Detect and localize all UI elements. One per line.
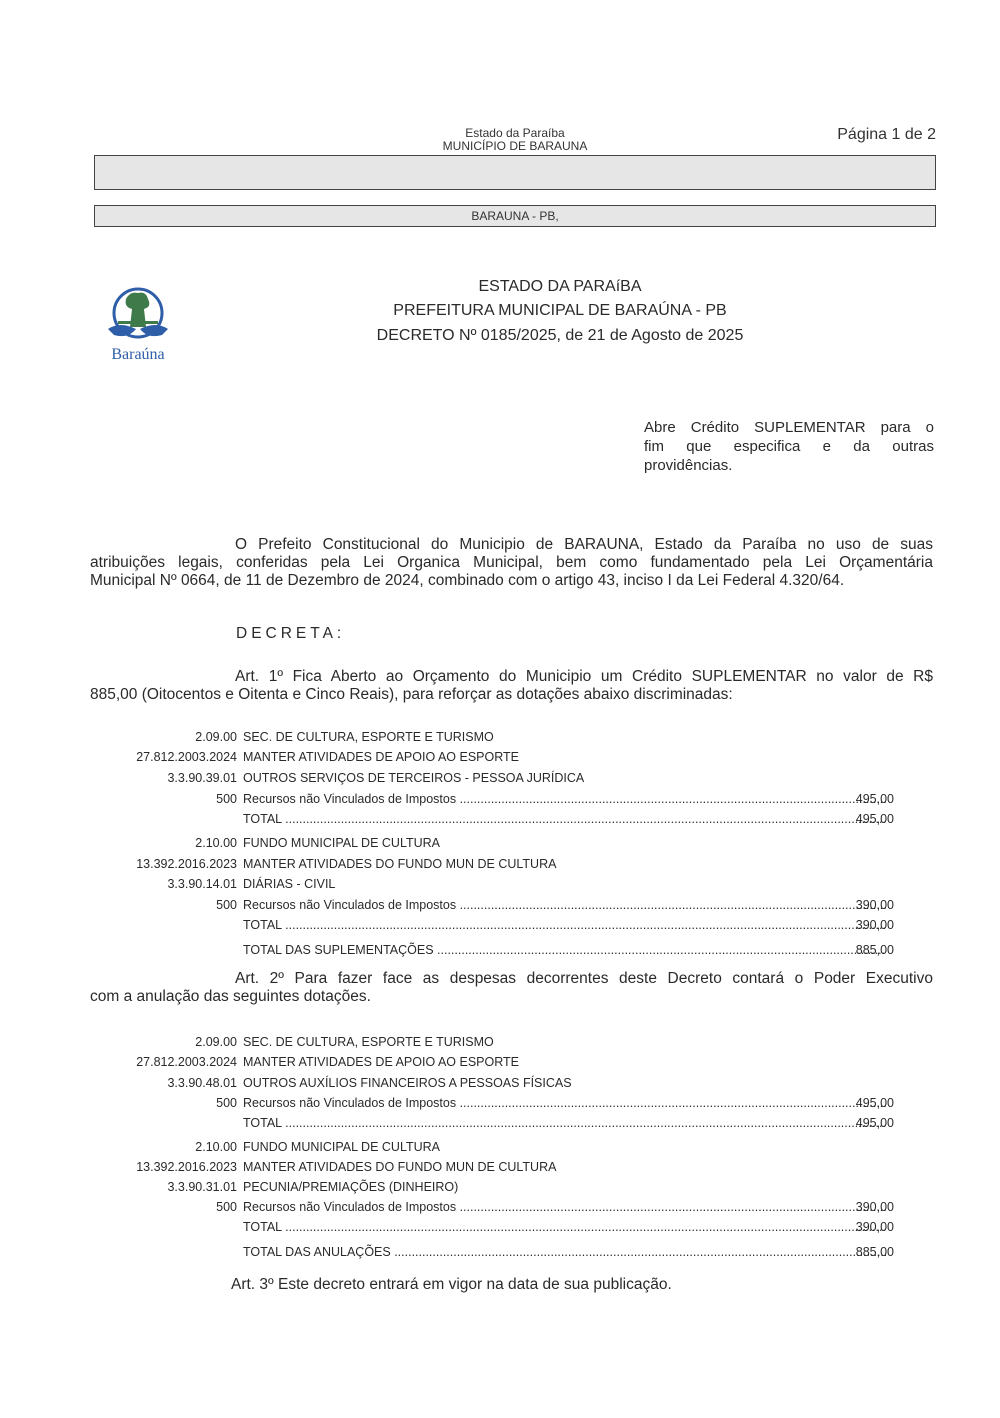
decree-ementa: Abre Crédito SUPLEMENTAR para o fim que …: [644, 418, 934, 475]
coat-of-arms-icon: Baraúna: [100, 283, 176, 365]
budget-description: OUTROS SERVIÇOS DE TERCEIROS - PESSOA JU…: [243, 769, 584, 787]
budget-row: 2.09.00SEC. DE CULTURA, ESPORTE E TURISM…: [100, 1033, 900, 1051]
budget-row: 3.3.90.39.01OUTROS SERVIÇOS DE TERCEIROS…: [100, 769, 900, 787]
budget-row: 3.3.90.14.01DIÁRIAS - CIVIL: [100, 875, 900, 893]
budget-description: MANTER ATIVIDADES DO FUNDO MUN DE CULTUR…: [243, 855, 556, 873]
budget-description: TOTAL DAS ANULAÇÕES ....................…: [243, 1243, 886, 1261]
budget-description: TOTAL ..................................…: [243, 916, 886, 934]
budget-code: 3.3.90.48.01: [100, 1074, 237, 1092]
budget-description-text: Recursos não Vinculados de Impostos: [243, 1200, 456, 1214]
budget-description: SEC. DE CULTURA, ESPORTE E TURISMO: [243, 1033, 494, 1051]
budget-code: 2.09.00: [100, 728, 237, 746]
budget-row: 27.812.2003.2024MANTER ATIVIDADES DE APO…: [100, 748, 900, 766]
budget-description-text: Recursos não Vinculados de Impostos: [243, 792, 456, 806]
budget-description-text: TOTAL DAS ANULAÇÕES: [243, 1245, 391, 1259]
budget-row: 500390,00Recursos não Vinculados de Impo…: [100, 896, 900, 914]
dot-leader: ........................................…: [456, 1200, 886, 1214]
budget-description: MANTER ATIVIDADES DO FUNDO MUN DE CULTUR…: [243, 1158, 556, 1176]
dot-leader: ........................................…: [434, 943, 886, 957]
dot-leader: ........................................…: [282, 918, 886, 932]
budget-row: 500495,00Recursos não Vinculados de Impo…: [100, 1094, 900, 1112]
budget-description: MANTER ATIVIDADES DE APOIO AO ESPORTE: [243, 748, 519, 766]
dot-leader: ........................................…: [456, 1096, 886, 1110]
article-3: Art. 3º Este decreto entrará em vigor na…: [231, 1276, 672, 1294]
budget-code: 27.812.2003.2024: [100, 1053, 237, 1071]
budget-description-text: TOTAL: [243, 1220, 282, 1234]
budget-code: 2.10.00: [100, 1138, 237, 1156]
budget-description-text: TOTAL: [243, 812, 282, 826]
budget-code: 27.812.2003.2024: [100, 748, 237, 766]
header-location-box: BARAUNA - PB,: [94, 205, 936, 227]
budget-description-text: TOTAL: [243, 1116, 282, 1130]
budget-description: SEC. DE CULTURA, ESPORTE E TURISMO: [243, 728, 494, 746]
budget-row: 2.10.00FUNDO MUNICIPAL DE CULTURA: [100, 834, 900, 852]
budget-row: 13.392.2016.2023MANTER ATIVIDADES DO FUN…: [100, 1158, 900, 1176]
header-blank-box: [94, 155, 936, 190]
budget-description: Recursos não Vinculados de Impostos ....…: [243, 896, 886, 914]
budget-code: 13.392.2016.2023: [100, 1158, 237, 1176]
budget-code: 3.3.90.39.01: [100, 769, 237, 787]
article-1: Art. 1º Fica Aberto ao Orçamento do Muni…: [90, 668, 933, 704]
budget-row: 13.392.2016.2023MANTER ATIVIDADES DO FUN…: [100, 855, 900, 873]
budget-code: 3.3.90.31.01: [100, 1178, 237, 1196]
title-state: ESTADO DA PARAíBA: [300, 278, 820, 296]
budget-row: 2.09.00SEC. DE CULTURA, ESPORTE E TURISM…: [100, 728, 900, 746]
budget-description: Recursos não Vinculados de Impostos ....…: [243, 1094, 886, 1112]
budget-code: 500: [100, 896, 237, 914]
dot-leader: ........................................…: [282, 812, 886, 826]
budget-description-text: TOTAL: [243, 918, 282, 932]
article-2: Art. 2º Para fazer face as despesas deco…: [90, 970, 933, 1006]
budget-description: TOTAL DAS SUPLEMENTAÇÕES ...............…: [243, 941, 886, 959]
decreta-heading: DECRETA:: [236, 625, 345, 643]
budget-row: 885,00TOTAL DAS ANULAÇÕES ..............…: [100, 1243, 900, 1261]
dot-leader: ........................................…: [456, 898, 886, 912]
dot-leader: ........................................…: [282, 1116, 886, 1130]
budget-row: 500495,00Recursos não Vinculados de Impo…: [100, 790, 900, 808]
budget-description: FUNDO MUNICIPAL DE CULTURA: [243, 834, 440, 852]
budget-description-text: Recursos não Vinculados de Impostos: [243, 1096, 456, 1110]
budget-row: 27.812.2003.2024MANTER ATIVIDADES DE APO…: [100, 1053, 900, 1071]
budget-row: 500390,00Recursos não Vinculados de Impo…: [100, 1198, 900, 1216]
municipal-logo: Baraúna: [100, 283, 176, 365]
budget-row: 3.3.90.31.01PECUNIA/PREMIAÇÕES (DINHEIRO…: [100, 1178, 900, 1196]
budget-code: 500: [100, 1094, 237, 1112]
budget-row: 3.3.90.48.01OUTROS AUXÍLIOS FINANCEIROS …: [100, 1074, 900, 1092]
budget-row: 390,00TOTAL ............................…: [100, 1218, 900, 1236]
budget-row: 390,00TOTAL ............................…: [100, 916, 900, 934]
budget-row: 885,00TOTAL DAS SUPLEMENTAÇÕES .........…: [100, 941, 900, 959]
budget-description: MANTER ATIVIDADES DE APOIO AO ESPORTE: [243, 1053, 519, 1071]
budget-description-text: TOTAL DAS SUPLEMENTAÇÕES: [243, 943, 434, 957]
preamble-paragraph: O Prefeito Constitucional do Municipio d…: [90, 536, 933, 590]
budget-description: OUTROS AUXÍLIOS FINANCEIROS A PESSOAS FÍ…: [243, 1074, 572, 1092]
budget-row: 495,00TOTAL ............................…: [100, 1114, 900, 1132]
dot-leader: ........................................…: [391, 1245, 886, 1259]
dot-leader: ........................................…: [456, 792, 886, 806]
budget-description: TOTAL ..................................…: [243, 810, 886, 828]
title-decree-number: DECRETO Nº 0185/2025, de 21 de Agosto de…: [300, 327, 820, 345]
page-indicator: Página 1 de 2: [837, 126, 936, 144]
budget-description: FUNDO MUNICIPAL DE CULTURA: [243, 1138, 440, 1156]
budget-row: 495,00TOTAL ............................…: [100, 810, 900, 828]
budget-description: PECUNIA/PREMIAÇÕES (DINHEIRO): [243, 1178, 458, 1196]
budget-code: 3.3.90.14.01: [100, 875, 237, 893]
budget-description: Recursos não Vinculados de Impostos ....…: [243, 1198, 886, 1216]
budget-description: DIÁRIAS - CIVIL: [243, 875, 335, 893]
budget-code: 13.392.2016.2023: [100, 855, 237, 873]
title-prefeitura: PREFEITURA MUNICIPAL DE BARAÚNA - PB: [300, 302, 820, 320]
budget-description-text: Recursos não Vinculados de Impostos: [243, 898, 456, 912]
budget-code: 500: [100, 1198, 237, 1216]
budget-description: Recursos não Vinculados de Impostos ....…: [243, 790, 886, 808]
dot-leader: ........................................…: [282, 1220, 886, 1234]
budget-code: 500: [100, 790, 237, 808]
svg-text:Baraúna: Baraúna: [111, 346, 164, 363]
budget-description: TOTAL ..................................…: [243, 1114, 886, 1132]
budget-row: 2.10.00FUNDO MUNICIPAL DE CULTURA: [100, 1138, 900, 1156]
budget-description: TOTAL ..................................…: [243, 1218, 886, 1236]
budget-code: 2.09.00: [100, 1033, 237, 1051]
budget-code: 2.10.00: [100, 834, 237, 852]
